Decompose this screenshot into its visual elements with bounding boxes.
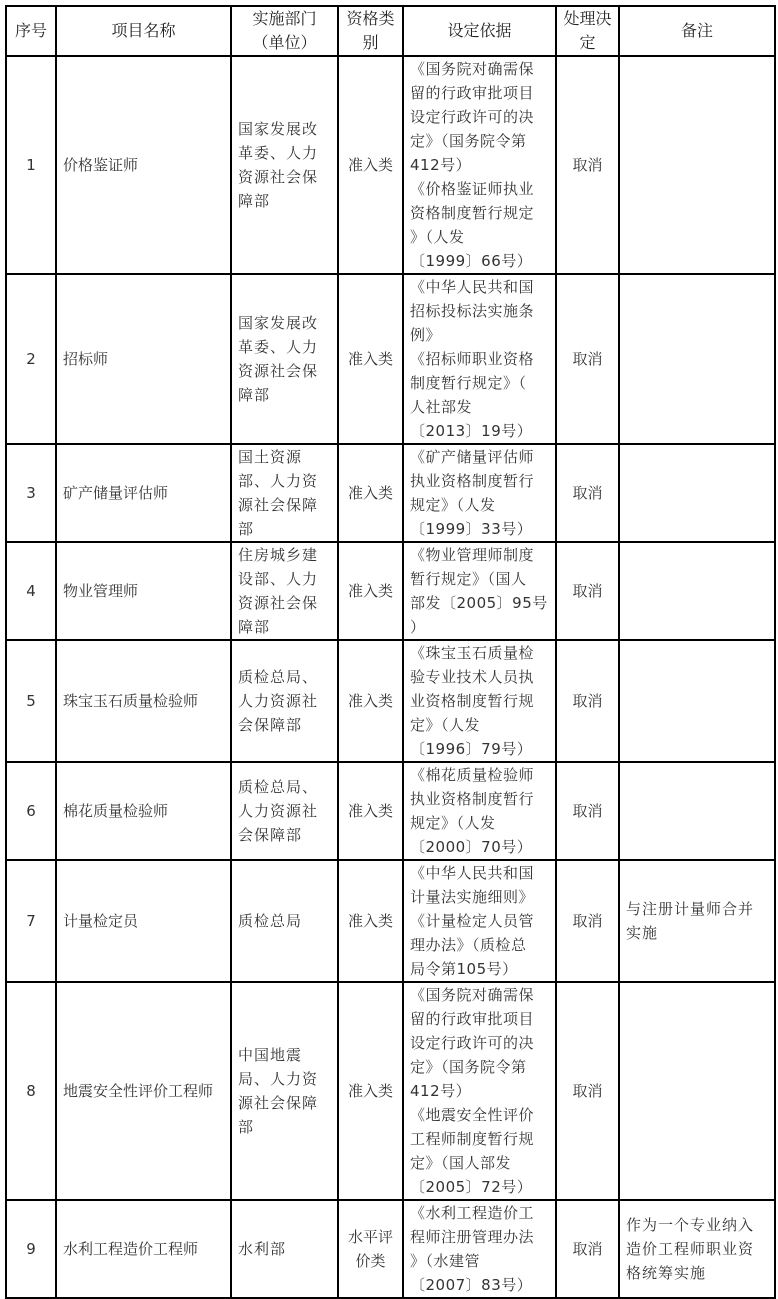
cell-dept: 质检总局、人力资源社会保障部 xyxy=(231,640,338,762)
basis-line: 招标投标法实施条 xyxy=(410,299,549,323)
cell-name: 地震安全性评价工程师 xyxy=(56,982,231,1200)
basis-line: 设定行政许可的决 xyxy=(410,1031,549,1055)
basis-line: 理办法》（质检总 xyxy=(410,933,549,957)
cell-index: 6 xyxy=(6,762,56,860)
basis-line: 执业资格制度暂行 xyxy=(410,787,549,811)
cell-basis: 《中华人民共和国 招标投标法实施条 例》 《招标师职业资格 制度暂行规定》（ 人… xyxy=(403,274,556,444)
basis-line: 《物业管理师制度 xyxy=(410,543,549,567)
table-row: 7 计量检定员 质检总局 准入类 《中华人民共和国 计量法实施细则》 《计量检定… xyxy=(6,860,775,982)
basis-line: 设定行政许可的决 xyxy=(410,105,549,129)
basis-line: 人社部发 xyxy=(410,395,549,419)
cell-remark xyxy=(619,56,775,274)
header-decision: 处理决定 xyxy=(556,6,619,56)
basis-line: 〔1996〕79号） xyxy=(410,737,549,761)
cell-basis: 《中华人民共和国 计量法实施细则》 《计量检定人员管 理办法》（质检总 局令第1… xyxy=(403,860,556,982)
basis-line: 《地震安全性评价 xyxy=(410,1103,549,1127)
cell-name: 珠宝玉石质量检验师 xyxy=(56,640,231,762)
basis-line: 暂行规定》（国人 xyxy=(410,567,549,591)
table-row: 8 地震安全性评价工程师 中国地震局、人力资源社会保障部 准入类 《国务院对确需… xyxy=(6,982,775,1200)
basis-line: 《中华人民共和国 xyxy=(410,275,549,299)
cell-basis: 《矿产储量评估师 执业资格制度暂行 规定》（人发 〔1999〕33号） xyxy=(403,444,556,542)
cell-category: 准入类 xyxy=(338,640,403,762)
cell-decision: 取消 xyxy=(556,56,619,274)
cell-dept: 质检总局 xyxy=(231,860,338,982)
cell-category: 准入类 xyxy=(338,444,403,542)
basis-line: 定》（人发 xyxy=(410,713,549,737)
cell-dept: 住房城乡建设部、人力资源社会保障部 xyxy=(231,542,338,640)
basis-line: 业资格制度暂行规 xyxy=(410,689,549,713)
header-dept: 实施部门（单位） xyxy=(231,6,338,56)
cell-category: 准入类 xyxy=(338,762,403,860)
cell-name: 价格鉴证师 xyxy=(56,56,231,274)
cell-decision: 取消 xyxy=(556,1200,619,1298)
cell-remark xyxy=(619,444,775,542)
basis-line: 《水利工程造价工 xyxy=(410,1201,549,1225)
cell-index: 5 xyxy=(6,640,56,762)
basis-line: 》（水建管 xyxy=(410,1249,549,1273)
cell-remark xyxy=(619,640,775,762)
cell-index: 7 xyxy=(6,860,56,982)
cell-basis: 《国务院对确需保 留的行政审批项目 设定行政许可的决 定》（国务院令第 412号… xyxy=(403,56,556,274)
basis-line: 《矿产储量评估师 xyxy=(410,445,549,469)
basis-line: 《国务院对确需保 xyxy=(410,57,549,81)
basis-line: 《棉花质量检验师 xyxy=(410,763,549,787)
cell-index: 9 xyxy=(6,1200,56,1298)
basis-line: 定》（国务院令第 xyxy=(410,129,549,153)
cell-dept: 国家发展改革委、人力资源社会保障部 xyxy=(231,56,338,274)
basis-line: 412号） xyxy=(410,153,549,177)
cell-name: 计量检定员 xyxy=(56,860,231,982)
cell-basis: 《珠宝玉石质量检 验专业技术人员执 业资格制度暂行规 定》（人发 〔1996〕7… xyxy=(403,640,556,762)
table-row: 2 招标师 国家发展改革委、人力资源社会保障部 准入类 《中华人民共和国 招标投… xyxy=(6,274,775,444)
table-row: 6 棉花质量检验师 质检总局、人力资源社会保障部 准入类 《棉花质量检验师 执业… xyxy=(6,762,775,860)
header-name: 项目名称 xyxy=(56,6,231,56)
cell-category: 水平评价类 xyxy=(338,1200,403,1298)
cell-dept: 中国地震局、人力资源社会保障部 xyxy=(231,982,338,1200)
basis-line: 》（人发 xyxy=(410,225,549,249)
cell-category: 准入类 xyxy=(338,860,403,982)
basis-line: 〔2013〕19号） xyxy=(410,419,549,443)
basis-line: 《价格鉴证师执业 xyxy=(410,177,549,201)
cell-remark xyxy=(619,274,775,444)
basis-line: 工程师制度暂行规 xyxy=(410,1127,549,1151)
table-row: 3 矿产储量评估师 国土资源部、人力资源社会保障部 准入类 《矿产储量评估师 执… xyxy=(6,444,775,542)
cell-dept: 国家发展改革委、人力资源社会保障部 xyxy=(231,274,338,444)
cell-category: 准入类 xyxy=(338,542,403,640)
basis-line: 〔1999〕33号） xyxy=(410,517,549,541)
basis-line: 〔2005〕72号） xyxy=(410,1175,549,1199)
cell-category: 准入类 xyxy=(338,56,403,274)
basis-line: 计量法实施细则》 xyxy=(410,885,549,909)
header-row: 序号 项目名称 实施部门（单位） 资格类别 设定依据 处理决定 备注 xyxy=(6,6,775,56)
basis-line: 留的行政审批项目 xyxy=(410,81,549,105)
cell-basis: 《国务院对确需保 留的行政审批项目 设定行政许可的决 定》（国务院令第 412号… xyxy=(403,982,556,1200)
cell-basis: 《水利工程造价工 程师注册管理办法 》（水建管 〔2007〕83号） xyxy=(403,1200,556,1298)
cell-remark xyxy=(619,542,775,640)
cell-decision: 取消 xyxy=(556,542,619,640)
basis-line: 〔1999〕66号） xyxy=(410,249,549,273)
basis-line: 规定》（人发 xyxy=(410,811,549,835)
basis-line: 留的行政审批项目 xyxy=(410,1007,549,1031)
cell-remark xyxy=(619,762,775,860)
basis-line: 〔2007〕83号） xyxy=(410,1273,549,1297)
basis-line: 规定》（人发 xyxy=(410,493,549,517)
basis-line: 《中华人民共和国 xyxy=(410,861,549,885)
cell-basis: 《物业管理师制度 暂行规定》（国人 部发〔2005〕95号 ） xyxy=(403,542,556,640)
cell-index: 2 xyxy=(6,274,56,444)
basis-line: 412号） xyxy=(410,1079,549,1103)
cell-dept: 质检总局、人力资源社会保障部 xyxy=(231,762,338,860)
cell-index: 8 xyxy=(6,982,56,1200)
basis-line: 验专业技术人员执 xyxy=(410,665,549,689)
basis-line: 定》（国务院令第 xyxy=(410,1055,549,1079)
table-row: 1 价格鉴证师 国家发展改革委、人力资源社会保障部 准入类 《国务院对确需保 留… xyxy=(6,56,775,274)
cell-category: 准入类 xyxy=(338,982,403,1200)
table-row: 9 水利工程造价工程师 水利部 水平评价类 《水利工程造价工 程师注册管理办法 … xyxy=(6,1200,775,1298)
cell-decision: 取消 xyxy=(556,860,619,982)
cell-decision: 取消 xyxy=(556,444,619,542)
cell-remark: 作为一个专业纳入造价工程师职业资格统筹实施 xyxy=(619,1200,775,1298)
basis-line: 《国务院对确需保 xyxy=(410,983,549,1007)
basis-line: 〔2000〕70号） xyxy=(410,835,549,859)
cell-index: 4 xyxy=(6,542,56,640)
cell-decision: 取消 xyxy=(556,274,619,444)
header-category: 资格类别 xyxy=(338,6,403,56)
header-remark: 备注 xyxy=(619,6,775,56)
header-index: 序号 xyxy=(6,6,56,56)
basis-line: 例》 xyxy=(410,323,549,347)
basis-line: 局令第105号） xyxy=(410,957,549,981)
cell-name: 矿产储量评估师 xyxy=(56,444,231,542)
basis-line: 《珠宝玉石质量检 xyxy=(410,641,549,665)
cell-decision: 取消 xyxy=(556,982,619,1200)
basis-line: 制度暂行规定》（ xyxy=(410,371,549,395)
basis-line: 部发〔2005〕95号 xyxy=(410,591,549,615)
basis-line: 《招标师职业资格 xyxy=(410,347,549,371)
cell-name: 招标师 xyxy=(56,274,231,444)
basis-line: 定》（国人部发 xyxy=(410,1151,549,1175)
basis-line: 资格制度暂行规定 xyxy=(410,201,549,225)
basis-line: ） xyxy=(410,615,549,639)
cell-remark: 与注册计量师合并实施 xyxy=(619,860,775,982)
table-row: 5 珠宝玉石质量检验师 质检总局、人力资源社会保障部 准入类 《珠宝玉石质量检 … xyxy=(6,640,775,762)
cell-index: 3 xyxy=(6,444,56,542)
table-row: 4 物业管理师 住房城乡建设部、人力资源社会保障部 准入类 《物业管理师制度 暂… xyxy=(6,542,775,640)
basis-line: 《计量检定人员管 xyxy=(410,909,549,933)
cell-decision: 取消 xyxy=(556,640,619,762)
cell-name: 水利工程造价工程师 xyxy=(56,1200,231,1298)
cell-name: 物业管理师 xyxy=(56,542,231,640)
cell-category: 准入类 xyxy=(338,274,403,444)
cell-decision: 取消 xyxy=(556,762,619,860)
header-basis: 设定依据 xyxy=(403,6,556,56)
cell-name: 棉花质量检验师 xyxy=(56,762,231,860)
basis-line: 程师注册管理办法 xyxy=(410,1225,549,1249)
cell-basis: 《棉花质量检验师 执业资格制度暂行 规定》（人发 〔2000〕70号） xyxy=(403,762,556,860)
cell-index: 1 xyxy=(6,56,56,274)
cell-dept: 国土资源部、人力资源社会保障部 xyxy=(231,444,338,542)
qualification-table: 序号 项目名称 实施部门（单位） 资格类别 设定依据 处理决定 备注 1 价格鉴… xyxy=(5,5,776,1299)
cell-dept: 水利部 xyxy=(231,1200,338,1298)
cell-remark xyxy=(619,982,775,1200)
basis-line: 执业资格制度暂行 xyxy=(410,469,549,493)
